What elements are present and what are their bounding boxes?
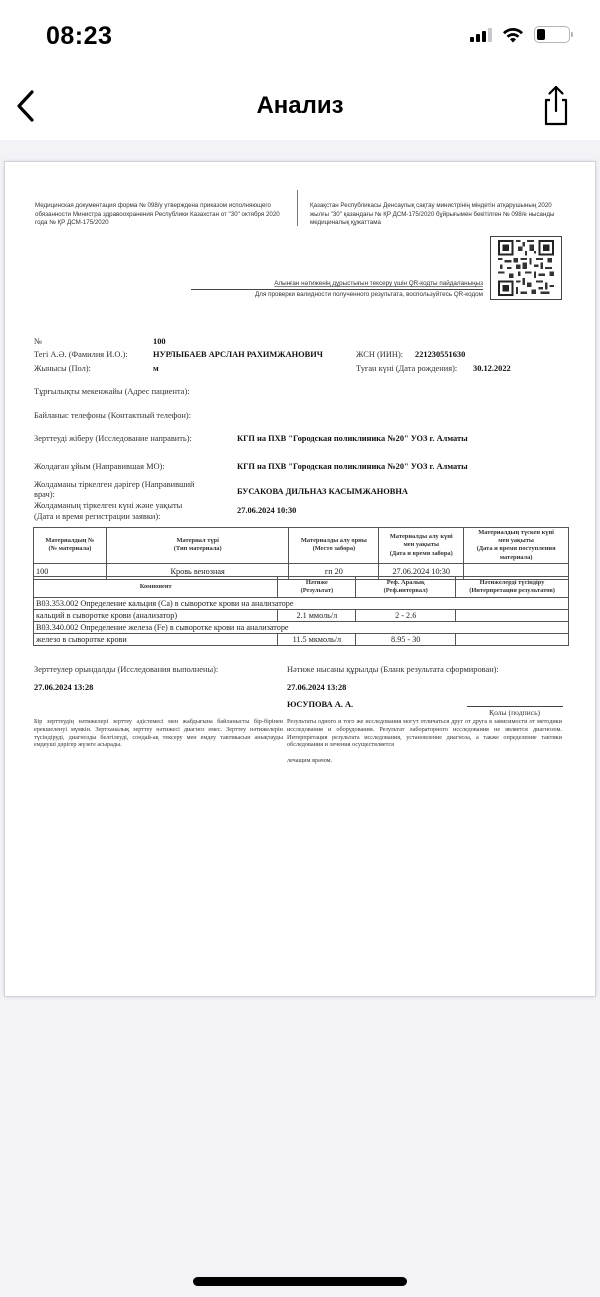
interp-iron [456, 634, 569, 646]
battery-low-icon [534, 26, 570, 43]
phone-label: Байланыс телефоны (Контактный телефон): [34, 411, 191, 420]
form-header-ru: Медицинская документация форма № 098/у у… [35, 202, 290, 228]
address-label: Тұрғылықты мекенжайы (Адрес пациента): [34, 387, 190, 396]
result-calcium: 2.1 ммоль/л [278, 610, 356, 622]
component-calcium: кальций в сыворотке крови (анализатор) [34, 610, 278, 622]
col-result: Нәтиже(Результат) [278, 577, 356, 598]
signer-name: ЮСУПОВА А. А. [287, 700, 353, 709]
status-icons [470, 26, 570, 43]
ref-iron: 8.95 - 30 [356, 634, 456, 646]
col-interpretation: Нәтижелерді түсіндіру(Интерпретация резу… [456, 577, 569, 598]
test-group-calcium: B03.353.002 Определение кальция (Ca) в с… [34, 598, 569, 610]
sender-label: Жолдаған ұйым (Направившая МО): [34, 462, 165, 471]
number-value: 100 [153, 337, 166, 346]
disclaimer-ru: Результаты одного и того же исследования… [287, 718, 562, 749]
result-row: кальций в сыворотке крови (анализатор) 2… [34, 610, 569, 622]
page-title: Анализ [0, 92, 600, 120]
reg-label-2: (Дата и время регистрации заявки): [34, 512, 161, 521]
qr-code-icon [498, 240, 554, 296]
home-indicator[interactable] [193, 1277, 407, 1286]
doctor-label-2: врач): [34, 490, 55, 499]
sex-label: Жынысы (Пол): [34, 364, 91, 373]
status-time: 08:23 [46, 22, 112, 51]
patient-name: НУРЛЫБАЕВ АРСЛАН РАХИМЖАНОВИЧ [153, 350, 323, 359]
col-component: Компонент [34, 577, 278, 598]
wifi-icon [502, 27, 524, 43]
results-table: Компонент Нәтиже(Результат) Реф. Аралық(… [33, 576, 569, 646]
nav-bar: Анализ [0, 76, 600, 140]
col-material-number: Материалдың №(№ материала) [34, 528, 107, 564]
col-receipt-date: Материалдың түскен күнімен уақыты(Дата и… [464, 528, 569, 564]
formed-label: Нәтиже нысаны құрылды (Бланк результата … [287, 665, 499, 674]
qr-code [490, 236, 562, 300]
qr-note-ru: Для проверки валидности полученного резу… [191, 290, 483, 299]
ref-calcium: 2 - 2.6 [356, 610, 456, 622]
signature-label: Қолы (подпись) [489, 708, 540, 717]
formed-value: 27.06.2024 13:28 [287, 683, 346, 692]
col-collection-date: Материалды алу күнімен уақыты(Дата и вре… [379, 528, 464, 564]
test-group-row: B03.340.002 Определение железа (Fe) в сы… [34, 622, 569, 634]
research-value: КГП на ПХВ "Городская поликлиника №20" У… [237, 434, 468, 443]
iin-value: 221230551630 [415, 350, 465, 359]
dob-label: Туған күні (Дата рождения): [356, 364, 457, 373]
sex-value: м [153, 364, 159, 373]
name-label: Тегі А.Ә. (Фамилия И.О.): [34, 350, 128, 359]
done-value: 27.06.2024 13:28 [34, 683, 93, 692]
signature-line [467, 706, 563, 707]
doctor-label-1: Жолдаманы тіркелген дәрігер (Направивший [34, 480, 194, 489]
form-header-kz: Қазақстан Республикасы Денсаулық сақтау … [310, 202, 560, 228]
col-ref-interval: Реф. Аралық(Реф.интервал) [356, 577, 456, 598]
interp-calcium [456, 610, 569, 622]
doctor-value: БУСАКОВА ДИЛЬНАЗ КАСЫМЖАНОВНА [237, 487, 408, 496]
header-divider [297, 190, 298, 226]
reg-label-1: Жолдаманың тіркелген күні және уақыты [34, 501, 182, 510]
iin-label: ЖСН (ИИН): [356, 350, 403, 359]
col-collection-place: Материалды алу орны(Место забора) [289, 528, 379, 564]
status-bar: 08:23 [0, 0, 600, 76]
sender-value: КГП на ПХВ "Городская поликлиника №20" У… [237, 462, 468, 471]
qr-verification-note: Алынған нәтиженің дұрыстығын тексеру үші… [191, 279, 483, 299]
test-group-row: B03.353.002 Определение кальция (Ca) в с… [34, 598, 569, 610]
material-table: Материалдың №(№ материала) Материал түрі… [33, 527, 569, 580]
done-label: Зерттеулер орындалды (Исследования выпол… [34, 665, 218, 674]
lab-result-form: Медицинская документация форма № 098/у у… [5, 162, 597, 998]
disclaimer-ru-tail: лечащим врачом. [287, 757, 562, 765]
component-iron: железо в сыворотке крови [34, 634, 278, 646]
research-label: Зерттеуді жіберу (Исследование направить… [34, 434, 192, 443]
number-label: № [34, 337, 42, 346]
col-material-type: Материал түрі(Тип материала) [106, 528, 289, 564]
cellular-signal-icon [470, 28, 492, 42]
dob-value: 30.12.2022 [473, 364, 511, 373]
reg-value: 27.06.2024 10:30 [237, 506, 296, 515]
qr-note-kz: Алынған нәтиженің дұрыстығын тексеру үші… [191, 279, 483, 290]
result-row: железо в сыворотке крови 11.5 мкмоль/л 8… [34, 634, 569, 646]
share-icon [536, 84, 576, 128]
test-group-iron: B03.340.002 Определение железа (Fe) в сы… [34, 622, 569, 634]
disclaimer-kz: Бір зерттеудің нәтижелері зерттеу әдісте… [34, 718, 283, 749]
result-iron: 11.5 мкмоль/л [278, 634, 356, 646]
share-button[interactable] [536, 84, 576, 128]
document-page: Медицинская документация форма № 098/у у… [4, 161, 596, 997]
